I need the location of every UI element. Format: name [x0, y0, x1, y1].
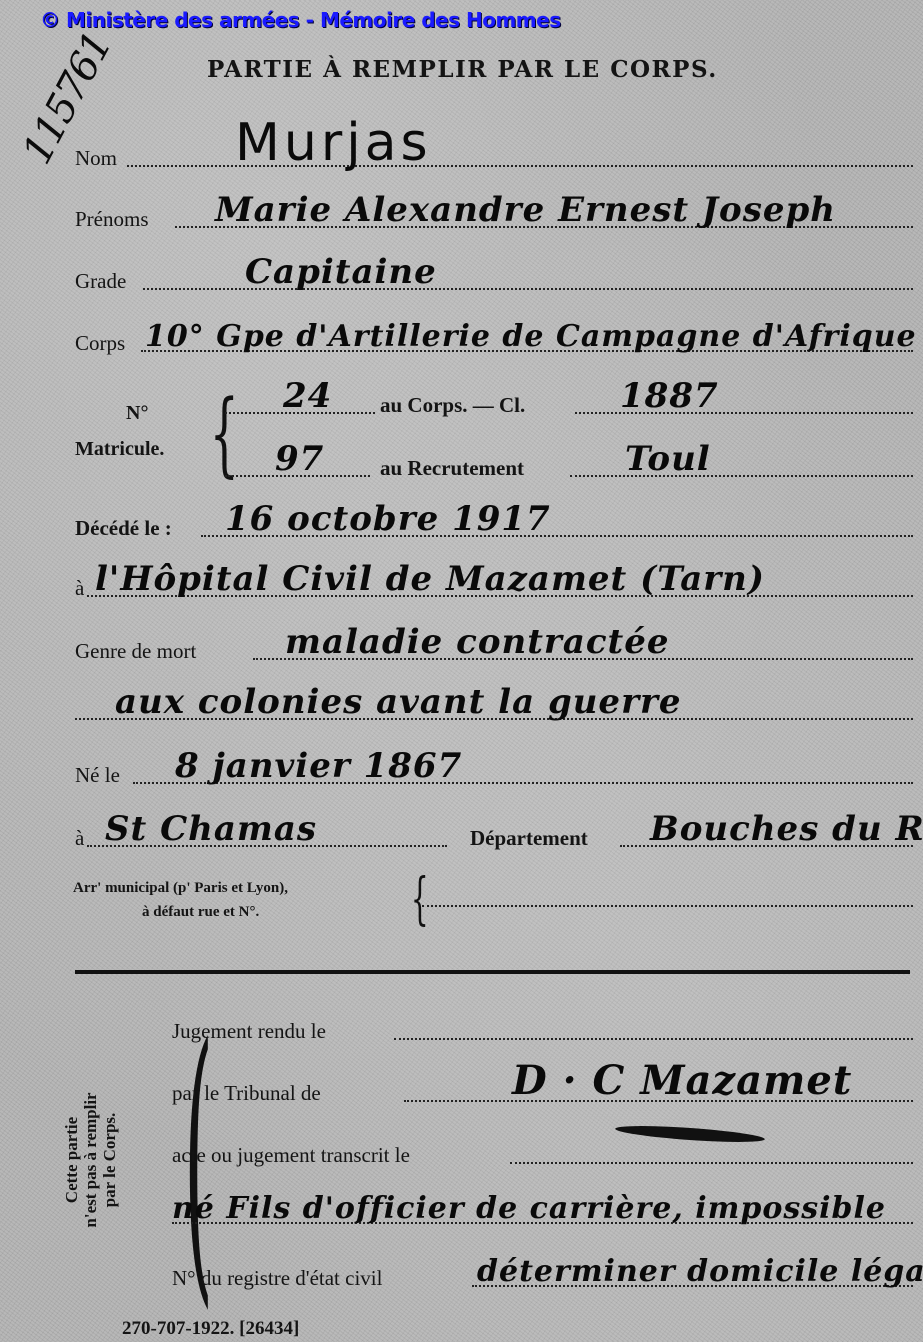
field-matricule-recrutement: 97 au Recrutement Toul: [225, 445, 913, 485]
field-decede-a: à l'Hôpital Civil de Mazamet (Tarn): [75, 565, 913, 605]
au-recrutement-label: au Recrutement: [380, 456, 524, 481]
field-note: né Fils d'officier de carrière, impossib…: [172, 1192, 913, 1232]
recrutement-no-value: 97: [275, 439, 324, 479]
corps-label: Corps: [75, 331, 125, 356]
corps-value: 10° Gpe d'Artillerie de Campagne d'Afriq…: [145, 319, 917, 354]
ne-le-label: Né le: [75, 763, 120, 788]
ne-a-label: à: [75, 826, 84, 851]
note-value: né Fils d'officier de carrière, impossib…: [172, 1191, 886, 1226]
matricule-corps-value: 24: [283, 376, 332, 416]
recrutement-value: Toul: [625, 439, 711, 479]
field-genre-de-mort: Genre de mort maladie contractée: [75, 628, 913, 668]
registre-value: déterminer domicile légal.: [477, 1254, 923, 1289]
dotted-line: [510, 1162, 913, 1164]
matricule-label: Matricule.: [75, 438, 164, 461]
genre-de-mort-label: Genre de mort: [75, 639, 196, 664]
prenoms-label: Prénoms: [75, 207, 149, 232]
dotted-line: [394, 1038, 913, 1040]
field-ne-a: à St Chamas Département Bouches du Rhône: [75, 815, 913, 855]
field-grade: Grade Capitaine: [75, 258, 913, 298]
genre-de-mort-value-2: aux colonies avant la guerre: [115, 682, 682, 722]
side-note: Cette partie n'est pas à remplir par le …: [62, 1030, 119, 1290]
ne-le-value: 8 janvier 1867: [175, 746, 462, 786]
registre-label: N° du registre d'état civil: [172, 1266, 382, 1291]
grade-value: Capitaine: [245, 252, 437, 292]
tribunal-label: par le Tribunal de: [172, 1081, 321, 1106]
field-corps: Corps 10° Gpe d'Artillerie de Campagne d…: [75, 320, 913, 360]
nom-label: Nom: [75, 146, 117, 171]
decede-a-value: l'Hôpital Civil de Mazamet (Tarn): [95, 559, 765, 599]
field-ne-le: Né le 8 janvier 1867: [75, 752, 913, 792]
nom-value: Murjas: [235, 113, 432, 173]
brace: {: [411, 872, 429, 928]
field-prenoms: Prénoms Marie Alexandre Ernest Joseph: [75, 196, 913, 236]
field-jugement-rendu: Jugement rendu le: [172, 1008, 913, 1048]
copyright-watermark: © Ministère des armées - Mémoire des Hom…: [40, 8, 561, 32]
dotted-line: [570, 475, 913, 477]
print-reference: 270-707-1922. [26434]: [122, 1318, 299, 1340]
ne-a-value: St Chamas: [105, 809, 317, 849]
transcrit-label: acte ou jugement transcrit le: [172, 1143, 410, 1168]
field-matricule-corps: 24 au Corps. — Cl. 1887: [225, 382, 913, 422]
grade-label: Grade: [75, 269, 126, 294]
decede-le-value: 16 octobre 1917: [225, 499, 551, 539]
field-genre-de-mort-cont: aux colonies avant la guerre: [75, 688, 913, 728]
field-tribunal: par le Tribunal de D · C Mazamet: [172, 1070, 913, 1110]
field-registre: N° du registre d'état civil déterminer d…: [172, 1255, 913, 1295]
arrondissement-label-1: Arr' municipal (p' Paris et Lyon),: [73, 880, 288, 897]
au-corps-label: au Corps. — Cl.: [380, 393, 525, 418]
arrondissement-dotted-line: [422, 905, 913, 907]
section-divider: [75, 970, 910, 974]
field-decede-le: Décédé le : 16 octobre 1917: [75, 505, 913, 545]
classe-value: 1887: [620, 376, 719, 416]
form-title: PARTIE À REMPLIR PAR LE CORPS.: [207, 56, 718, 83]
field-nom: Nom Murjas: [75, 135, 913, 175]
tribunal-value: D · C Mazamet: [512, 1057, 852, 1104]
departement-label: Département: [470, 826, 588, 851]
jugement-rendu-label: Jugement rendu le: [172, 1019, 326, 1044]
arrondissement-label-2: à défaut rue et N°.: [142, 904, 259, 921]
matricule-no-label: N°: [126, 402, 148, 425]
prenoms-value: Marie Alexandre Ernest Joseph: [215, 190, 836, 230]
departement-value: Bouches du Rhône: [650, 809, 923, 849]
field-transcrit: acte ou jugement transcrit le: [172, 1132, 913, 1172]
decede-a-label: à: [75, 576, 84, 601]
decede-le-label: Décédé le :: [75, 516, 172, 541]
genre-de-mort-value-1: maladie contractée: [285, 622, 670, 662]
